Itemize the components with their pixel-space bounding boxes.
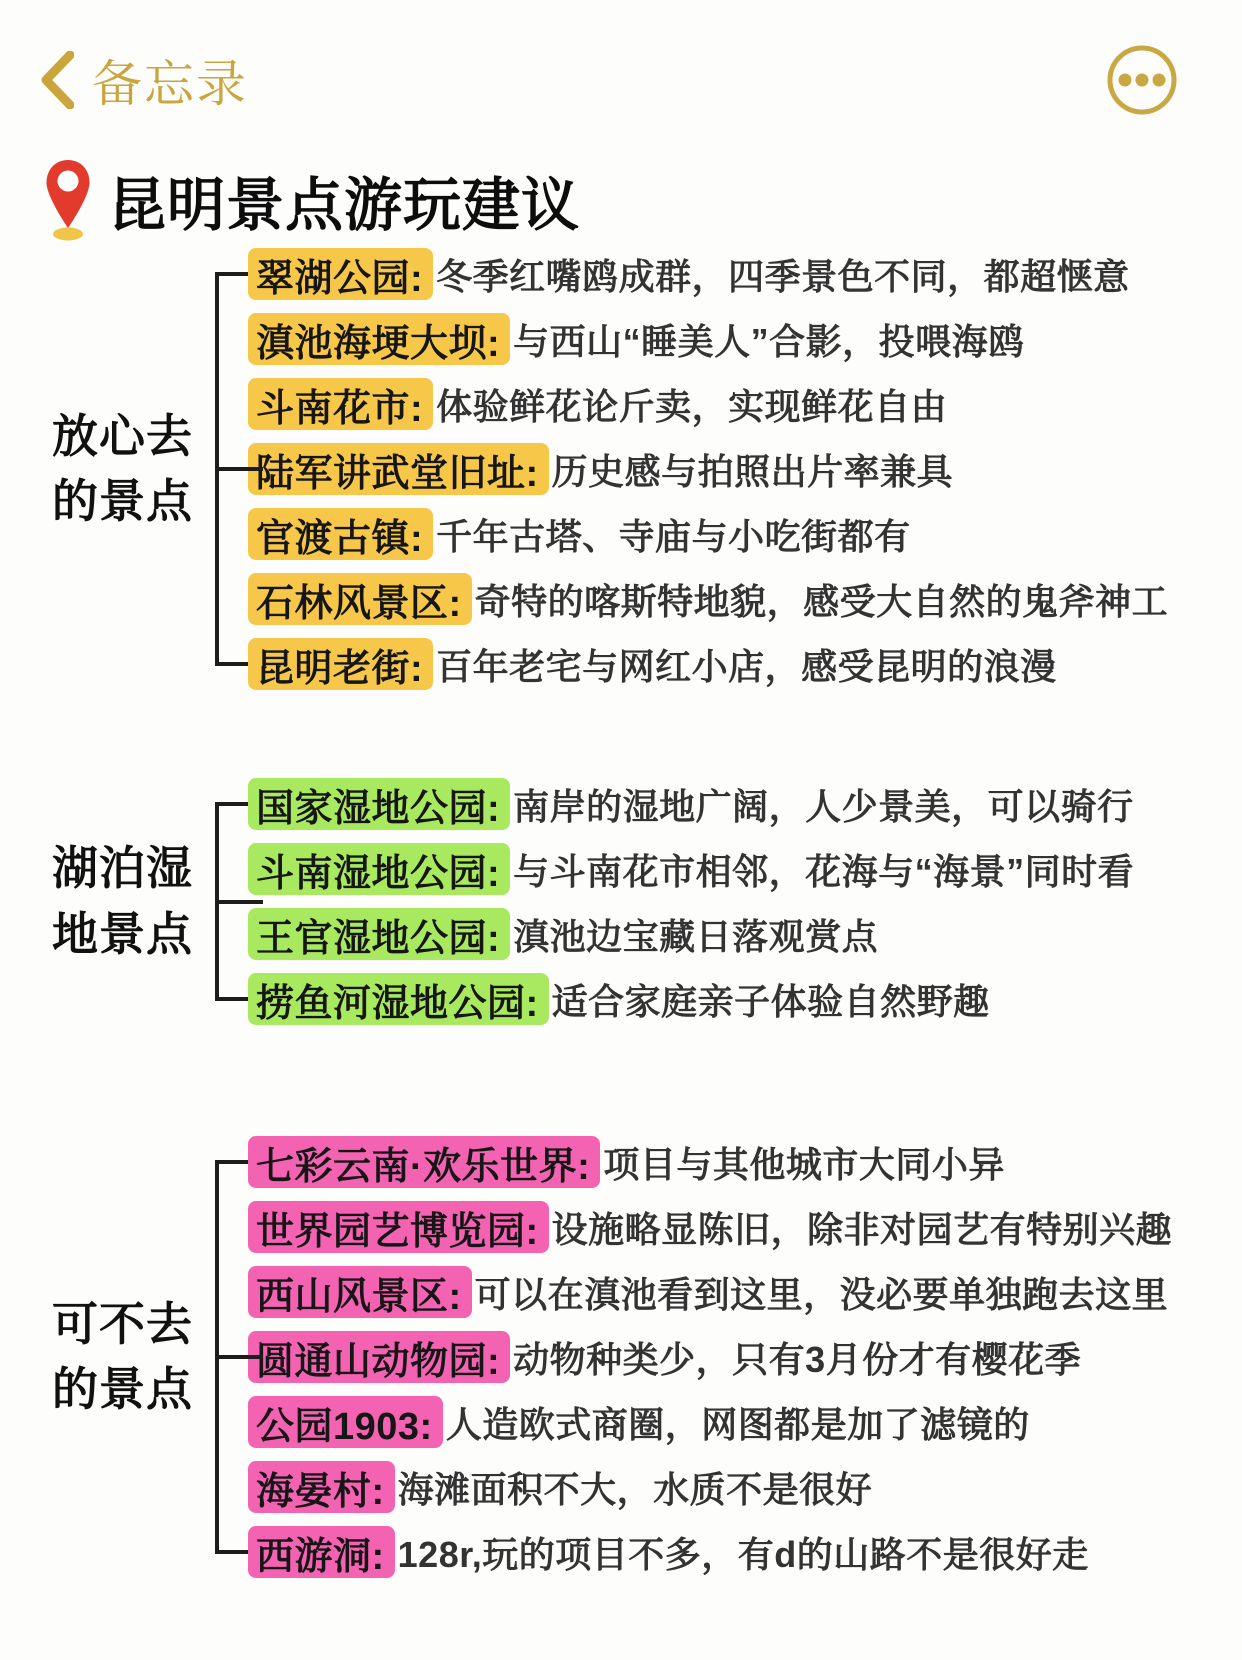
item-desc: 128r,玩的项目不多，有d的山路不是很好走 <box>398 1527 1089 1578</box>
item-name: 海晏村: <box>248 1461 395 1513</box>
item-desc: 与斗南花市相邻，花海与“海景”同时看 <box>513 844 1134 895</box>
item-desc: 海滩面积不大，水质不是很好 <box>398 1462 873 1513</box>
item-name: 昆明老街: <box>248 638 433 690</box>
item-list: 翠湖公园: 冬季红嘴鸥成群，四季景色不同，都超惬意 滇池海埂大坝:与西山“睡美人… <box>248 248 1206 690</box>
group-label-line: 的景点 <box>52 469 193 534</box>
chevron-left-icon <box>40 51 74 109</box>
ellipsis-circle-icon[interactable] <box>1106 44 1178 116</box>
note-body: 放心去 的景点 翠湖公园: 冬季红嘴鸥成群，四季景色不同，都超惬意 滇池海埂大坝… <box>30 248 1206 1578</box>
group-recommended: 放心去 的景点 翠湖公园: 冬季红嘴鸥成群，四季景色不同，都超惬意 滇池海埂大坝… <box>30 248 1206 690</box>
group-label-line: 湖泊湿 <box>52 836 193 901</box>
bracket <box>215 1136 248 1578</box>
item-list: 七彩云南·欢乐世界:项目与其他城市大同小异 世界园艺博览园: 设施略显陈旧，除非… <box>248 1136 1206 1578</box>
group-label: 放心去 的景点 <box>30 248 215 690</box>
item-desc: 项目与其他城市大同小异 <box>603 1137 1005 1188</box>
item-name: 西山风景区: <box>248 1266 472 1318</box>
list-item: 世界园艺博览园: 设施略显陈旧，除非对园艺有特别兴趣 <box>248 1201 1206 1253</box>
group-label: 湖泊湿 地景点 <box>30 778 215 1025</box>
list-item: 圆通山动物园: 动物种类少，只有3月份才有樱花季 <box>248 1331 1206 1383</box>
list-item: 斗南湿地公园: 与斗南花市相邻，花海与“海景”同时看 <box>248 843 1206 895</box>
group-label-line: 地景点 <box>52 902 193 967</box>
item-desc: 冬季红嘴鸥成群，四季景色不同，都超惬意 <box>436 249 1130 300</box>
item-desc: 滇池边宝藏日落观赏点 <box>513 909 878 960</box>
list-item: 七彩云南·欢乐世界:项目与其他城市大同小异 <box>248 1136 1206 1188</box>
item-name: 官渡古镇: <box>248 508 433 560</box>
item-name: 捞鱼河湿地公园: <box>248 973 549 1025</box>
list-item: 石林风景区: 奇特的喀斯特地貌，感受大自然的鬼斧神工 <box>248 573 1206 625</box>
item-list: 国家湿地公园: 南岸的湿地广阔，人少景美，可以骑行 斗南湿地公园: 与斗南花市相… <box>248 778 1206 1025</box>
list-item: 捞鱼河湿地公园: 适合家庭亲子体验自然野趣 <box>248 973 1206 1025</box>
list-item: 海晏村: 海滩面积不大，水质不是很好 <box>248 1461 1206 1513</box>
list-item: 翠湖公园: 冬季红嘴鸥成群，四季景色不同，都超惬意 <box>248 248 1206 300</box>
list-item: 国家湿地公园: 南岸的湿地广阔，人少景美，可以骑行 <box>248 778 1206 830</box>
list-item: 陆军讲武堂旧址: 历史感与拍照出片率兼具 <box>248 443 1206 495</box>
item-name: 国家湿地公园: <box>248 778 510 830</box>
bracket <box>215 778 248 1025</box>
item-desc: 奇特的喀斯特地貌，感受大自然的鬼斧神工 <box>475 574 1169 625</box>
item-desc: 设施略显陈旧，除非对园艺有特别兴趣 <box>552 1202 1173 1253</box>
bracket <box>215 248 248 690</box>
item-name: 石林风景区: <box>248 573 472 625</box>
list-item: 西游洞: 128r,玩的项目不多，有d的山路不是很好走 <box>248 1526 1206 1578</box>
item-desc: 人造欧式商圈，网图都是加了滤镜的 <box>446 1397 1030 1448</box>
item-desc: 历史感与拍照出片率兼具 <box>552 444 954 495</box>
item-name: 公园1903: <box>248 1396 443 1448</box>
item-name: 斗南花市: <box>248 378 433 430</box>
item-desc: 适合家庭亲子体验自然野趣 <box>552 974 990 1025</box>
location-pin-icon <box>44 158 92 242</box>
list-item: 官渡古镇: 千年古塔、寺庙与小吃街都有 <box>248 508 1206 560</box>
group-label-line: 放心去 <box>52 404 193 469</box>
page-title: 昆明景点游玩建议 <box>108 158 580 242</box>
item-desc: 动物种类少，只有3月份才有樱花季 <box>513 1332 1081 1383</box>
item-desc: 百年老宅与网红小店，感受昆明的浪漫 <box>436 639 1057 690</box>
group-label-line: 的景点 <box>52 1357 193 1422</box>
list-item: 滇池海埂大坝:与西山“睡美人”合影，投喂海鸥 <box>248 313 1206 365</box>
item-name: 世界园艺博览园: <box>248 1201 549 1253</box>
list-item: 斗南花市: 体验鲜花论斤卖，实现鲜花自由 <box>248 378 1206 430</box>
item-name: 王官湿地公园: <box>248 908 510 960</box>
list-item: 公园1903:人造欧式商圈，网图都是加了滤镜的 <box>248 1396 1206 1448</box>
item-name: 西游洞: <box>248 1526 395 1578</box>
group-wetlands: 湖泊湿 地景点 国家湿地公园: 南岸的湿地广阔，人少景美，可以骑行 斗南湿地公园… <box>30 778 1206 1025</box>
item-desc: 体验鲜花论斤卖，实现鲜花自由 <box>436 379 947 430</box>
note-title-row: 昆明景点游玩建议 <box>44 158 580 242</box>
list-item: 昆明老街:百年老宅与网红小店，感受昆明的浪漫 <box>248 638 1206 690</box>
list-item: 王官湿地公园: 滇池边宝藏日落观赏点 <box>248 908 1206 960</box>
item-name: 翠湖公园: <box>248 248 433 300</box>
item-name: 斗南湿地公园: <box>248 843 510 895</box>
notes-app-page: 备忘录 昆明景点游玩建议 放心去 的景点 翠湖 <box>0 0 1242 1660</box>
group-label: 可不去 的景点 <box>30 1136 215 1578</box>
item-name: 滇池海埂大坝: <box>248 313 510 365</box>
list-item: 西山风景区:可以在滇池看到这里，没必要单独跑去这里 <box>248 1266 1206 1318</box>
item-name: 圆通山动物园: <box>248 1331 510 1383</box>
item-desc: 可以在滇池看到这里，没必要单独跑去这里 <box>475 1267 1169 1318</box>
item-name: 陆军讲武堂旧址: <box>248 443 549 495</box>
item-name: 七彩云南·欢乐世界: <box>248 1136 600 1188</box>
nav-bar: 备忘录 <box>40 44 1178 116</box>
group-label-line: 可不去 <box>52 1292 193 1357</box>
back-button[interactable]: 备忘录 <box>40 44 248 116</box>
group-skippable: 可不去 的景点 七彩云南·欢乐世界:项目与其他城市大同小异 世界园艺博览园: 设… <box>30 1136 1206 1578</box>
item-desc: 千年古塔、寺庙与小吃街都有 <box>436 509 911 560</box>
item-desc: 南岸的湿地广阔，人少景美，可以骑行 <box>513 779 1134 830</box>
back-button-label: 备忘录 <box>92 44 248 116</box>
item-desc: 与西山“睡美人”合影，投喂海鸥 <box>513 314 1025 365</box>
